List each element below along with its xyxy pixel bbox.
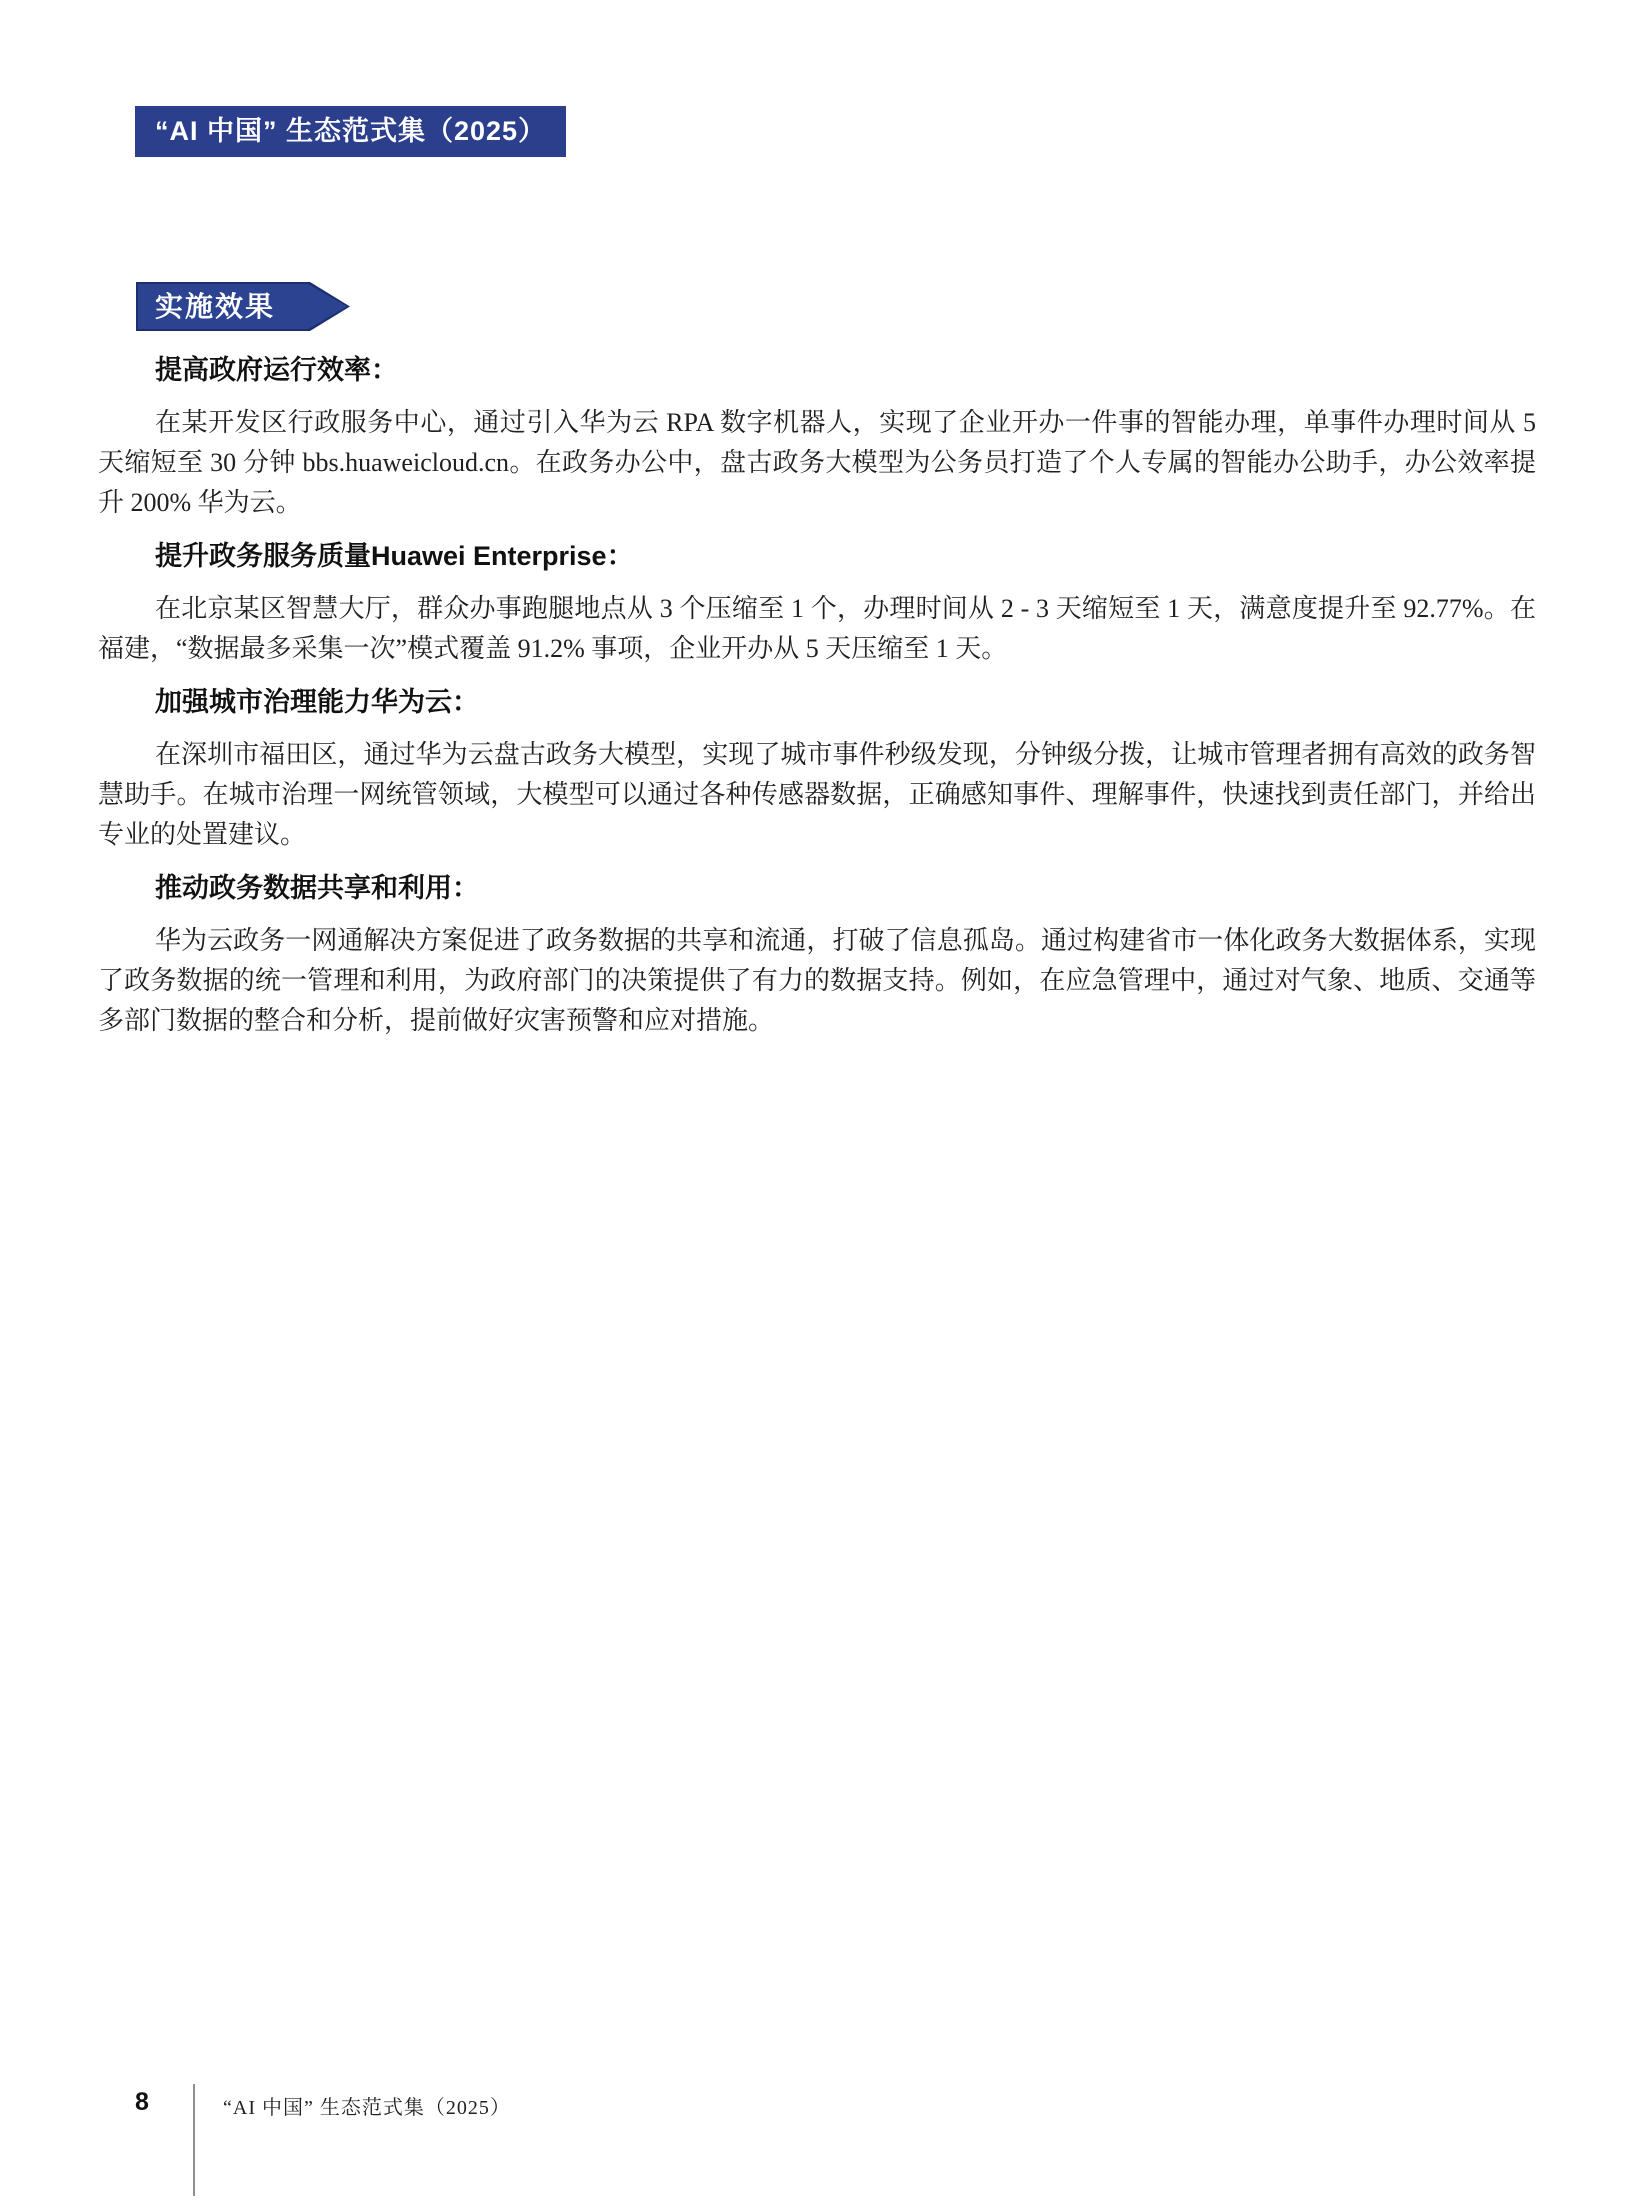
section-paragraph-service-quality: 在北京某区智慧大厅，群众办事跑腿地点从 3 个压缩至 1 个，办理时间从 2 -… — [98, 589, 1536, 669]
body-content: 提高政府运行效率： 在某开发区行政服务中心，通过引入华为云 RPA 数字机器人，… — [98, 350, 1536, 1054]
footer-divider — [193, 2084, 195, 2196]
section-heading-government-efficiency: 提高政府运行效率： — [98, 350, 1536, 390]
section-paragraph-data-sharing: 华为云政务一网通解决方案促进了政务数据的共享和流通，打破了信息孤岛。通过构建省市… — [98, 921, 1536, 1041]
section-paragraph-government-efficiency: 在某开发区行政服务中心，通过引入华为云 RPA 数字机器人，实现了企业开办一件事… — [98, 403, 1536, 523]
section-banner-label: 实施效果 — [138, 284, 347, 329]
page-number: 8 — [135, 2088, 149, 2117]
section-banner: 实施效果 — [136, 282, 350, 331]
document-title-badge: “AI 中国” 生态范式集（2025） — [135, 106, 566, 157]
footer-booklet-title: “AI 中国” 生态范式集（2025） — [223, 2091, 511, 2120]
section-heading-city-governance: 加强城市治理能力华为云： — [98, 682, 1536, 722]
section-heading-service-quality: 提升政务服务质量Huawei Enterprise： — [98, 536, 1536, 576]
section-heading-data-sharing: 推动政务数据共享和利用： — [98, 868, 1536, 908]
page-footer: 8 “AI 中国” 生态范式集（2025） — [0, 2082, 1633, 2200]
section-paragraph-city-governance: 在深圳市福田区，通过华为云盘古政务大模型，实现了城市事件秒级发现，分钟级分拨，让… — [98, 735, 1536, 855]
document-page: “AI 中国” 生态范式集（2025） 实施效果 提高政府运行效率： 在某开发区… — [0, 0, 1633, 2200]
